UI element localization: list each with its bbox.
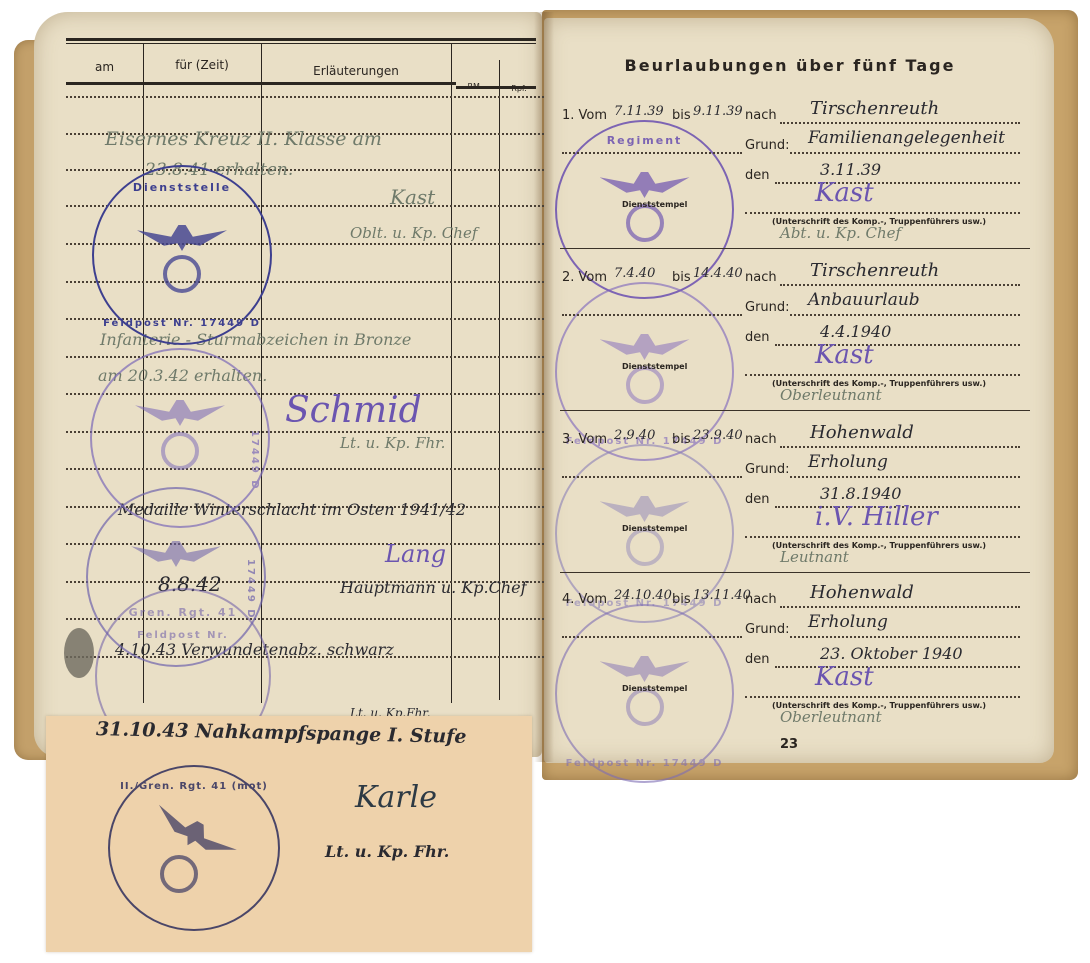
bis-label: bis	[672, 108, 691, 123]
leave-issue-date: 4.4.1940	[820, 322, 891, 341]
leave-signer-rank: Abt. u. Kp. Chef	[780, 224, 901, 242]
column-header-time: für (Zeit)	[143, 58, 261, 72]
stamp-center-emblem-icon	[626, 204, 664, 242]
award-entry-3-signature: Lang	[385, 540, 446, 568]
den-label: den	[745, 652, 770, 667]
nach-label: nach	[745, 592, 777, 607]
award-entry-2-rank: Lt. u. Kp. Fhr.	[340, 434, 445, 452]
slip-signature: Karle	[355, 780, 437, 815]
leave-from-date: 24.10.40	[614, 588, 672, 603]
leave-entry-number: 1. Vom	[562, 108, 607, 123]
stamp-center-emblem-icon	[626, 366, 664, 404]
leave-destination: Tirschenreuth	[810, 260, 939, 281]
leave-from-date: 7.11.39	[614, 104, 664, 119]
den-label: den	[745, 168, 770, 183]
service-stamp-caption: Dienststempel	[622, 200, 687, 209]
leave-from-date: 7.4.40	[614, 266, 655, 281]
leave-destination: Tirschenreuth	[810, 98, 939, 119]
page-title: Beurlaubungen über fünf Tage	[530, 56, 1050, 75]
award-entry-1-signature: Kast	[390, 185, 435, 209]
leave-to-date: 9.11.39	[693, 104, 743, 119]
grund-label: Grund:	[745, 138, 790, 153]
ink-blot	[64, 628, 94, 678]
grund-label: Grund:	[745, 300, 790, 315]
official-stamp: Dienststelle Feldpost Nr. 17449 D	[92, 165, 272, 345]
nach-label: nach	[745, 108, 777, 123]
leave-reason: Familienangelegenheit	[808, 128, 1005, 148]
leave-reason: Erholung	[808, 612, 888, 632]
leave-to-date: 14.4.40	[693, 266, 743, 281]
leave-signature: Kast	[815, 662, 874, 692]
eagle-emblem-icon	[600, 172, 690, 198]
leave-destination: Hohenwald	[810, 422, 914, 443]
column-header-am: am	[66, 60, 143, 74]
stamp-center-emblem-icon	[161, 432, 199, 470]
leave-from-date: 2.9.40	[614, 428, 655, 443]
award-entry-2-signature: Schmid	[285, 390, 422, 431]
slip-rank: Lt. u. Kp. Fhr.	[325, 842, 449, 861]
award-entry-1-line-1: Eisernes Kreuz II. Klasse am	[105, 128, 382, 150]
eagle-emblem-icon	[600, 334, 690, 360]
award-entry-3-rank: Hauptmann u. Kp.Chef	[340, 578, 527, 597]
grund-label: Grund:	[745, 462, 790, 477]
den-label: den	[745, 492, 770, 507]
leave-reason: Anbauurlaub	[808, 290, 920, 310]
leave-entry-number: 3. Vom	[562, 432, 607, 447]
service-stamp-caption: Dienststempel	[622, 524, 687, 533]
eagle-emblem-icon	[131, 541, 221, 567]
stamp-center-emblem-icon	[626, 688, 664, 726]
column-header-rm: RM.	[451, 82, 499, 91]
leave-issue-date: 23. Oktober 1940	[820, 644, 963, 663]
eagle-emblem-icon	[137, 225, 227, 251]
award-entry-1-rank: Oblt. u. Kp. Chef	[350, 224, 477, 242]
service-stamp-caption: Dienststempel	[622, 684, 687, 693]
column-header-rpf: Rpf.	[499, 84, 539, 93]
stamp-center-emblem-icon	[160, 855, 198, 893]
leave-signer-rank: Leutnant	[780, 548, 849, 566]
leave-entry-number: 4. Vom	[562, 592, 607, 607]
leave-issue-date: 3.11.39	[820, 160, 881, 179]
eagle-emblem-icon	[135, 400, 225, 426]
service-stamp-caption: Dienststempel	[622, 362, 687, 371]
leave-destination: Hohenwald	[810, 582, 914, 603]
leave-issue-date: 31.8.1940	[820, 484, 901, 503]
leave-to-date: 13.11.40	[693, 588, 751, 603]
eagle-emblem-icon	[600, 496, 690, 522]
nach-label: nach	[745, 432, 777, 447]
stamp-center-emblem-icon	[163, 255, 201, 293]
leave-reason: Erholung	[808, 452, 888, 472]
leave-signature: i.V. Hiller	[815, 502, 938, 532]
bis-label: bis	[672, 592, 691, 607]
column-header-notes: Erläuterungen	[261, 64, 451, 78]
leave-entry-number: 2. Vom	[562, 270, 607, 285]
leave-signature: Kast	[815, 340, 874, 370]
official-stamp: II./Gren. Rgt. 41 (mot)	[108, 765, 280, 931]
leave-signer-rank: Oberleutnant	[780, 708, 882, 726]
nach-label: nach	[745, 270, 777, 285]
bis-label: bis	[672, 270, 691, 285]
eagle-emblem-icon	[600, 656, 690, 682]
stamp-center-emblem-icon	[626, 528, 664, 566]
leave-signature: Kast	[815, 178, 874, 208]
leave-signer-rank: Oberleutnant	[780, 386, 882, 404]
official-stamp: Feldpost Nr. 17449 D	[555, 604, 734, 783]
den-label: den	[745, 330, 770, 345]
leave-to-date: 23.9.40	[693, 428, 743, 443]
bis-label: bis	[672, 432, 691, 447]
grund-label: Grund:	[745, 622, 790, 637]
eagle-emblem-icon	[149, 800, 240, 868]
page-number: 23	[780, 737, 798, 752]
